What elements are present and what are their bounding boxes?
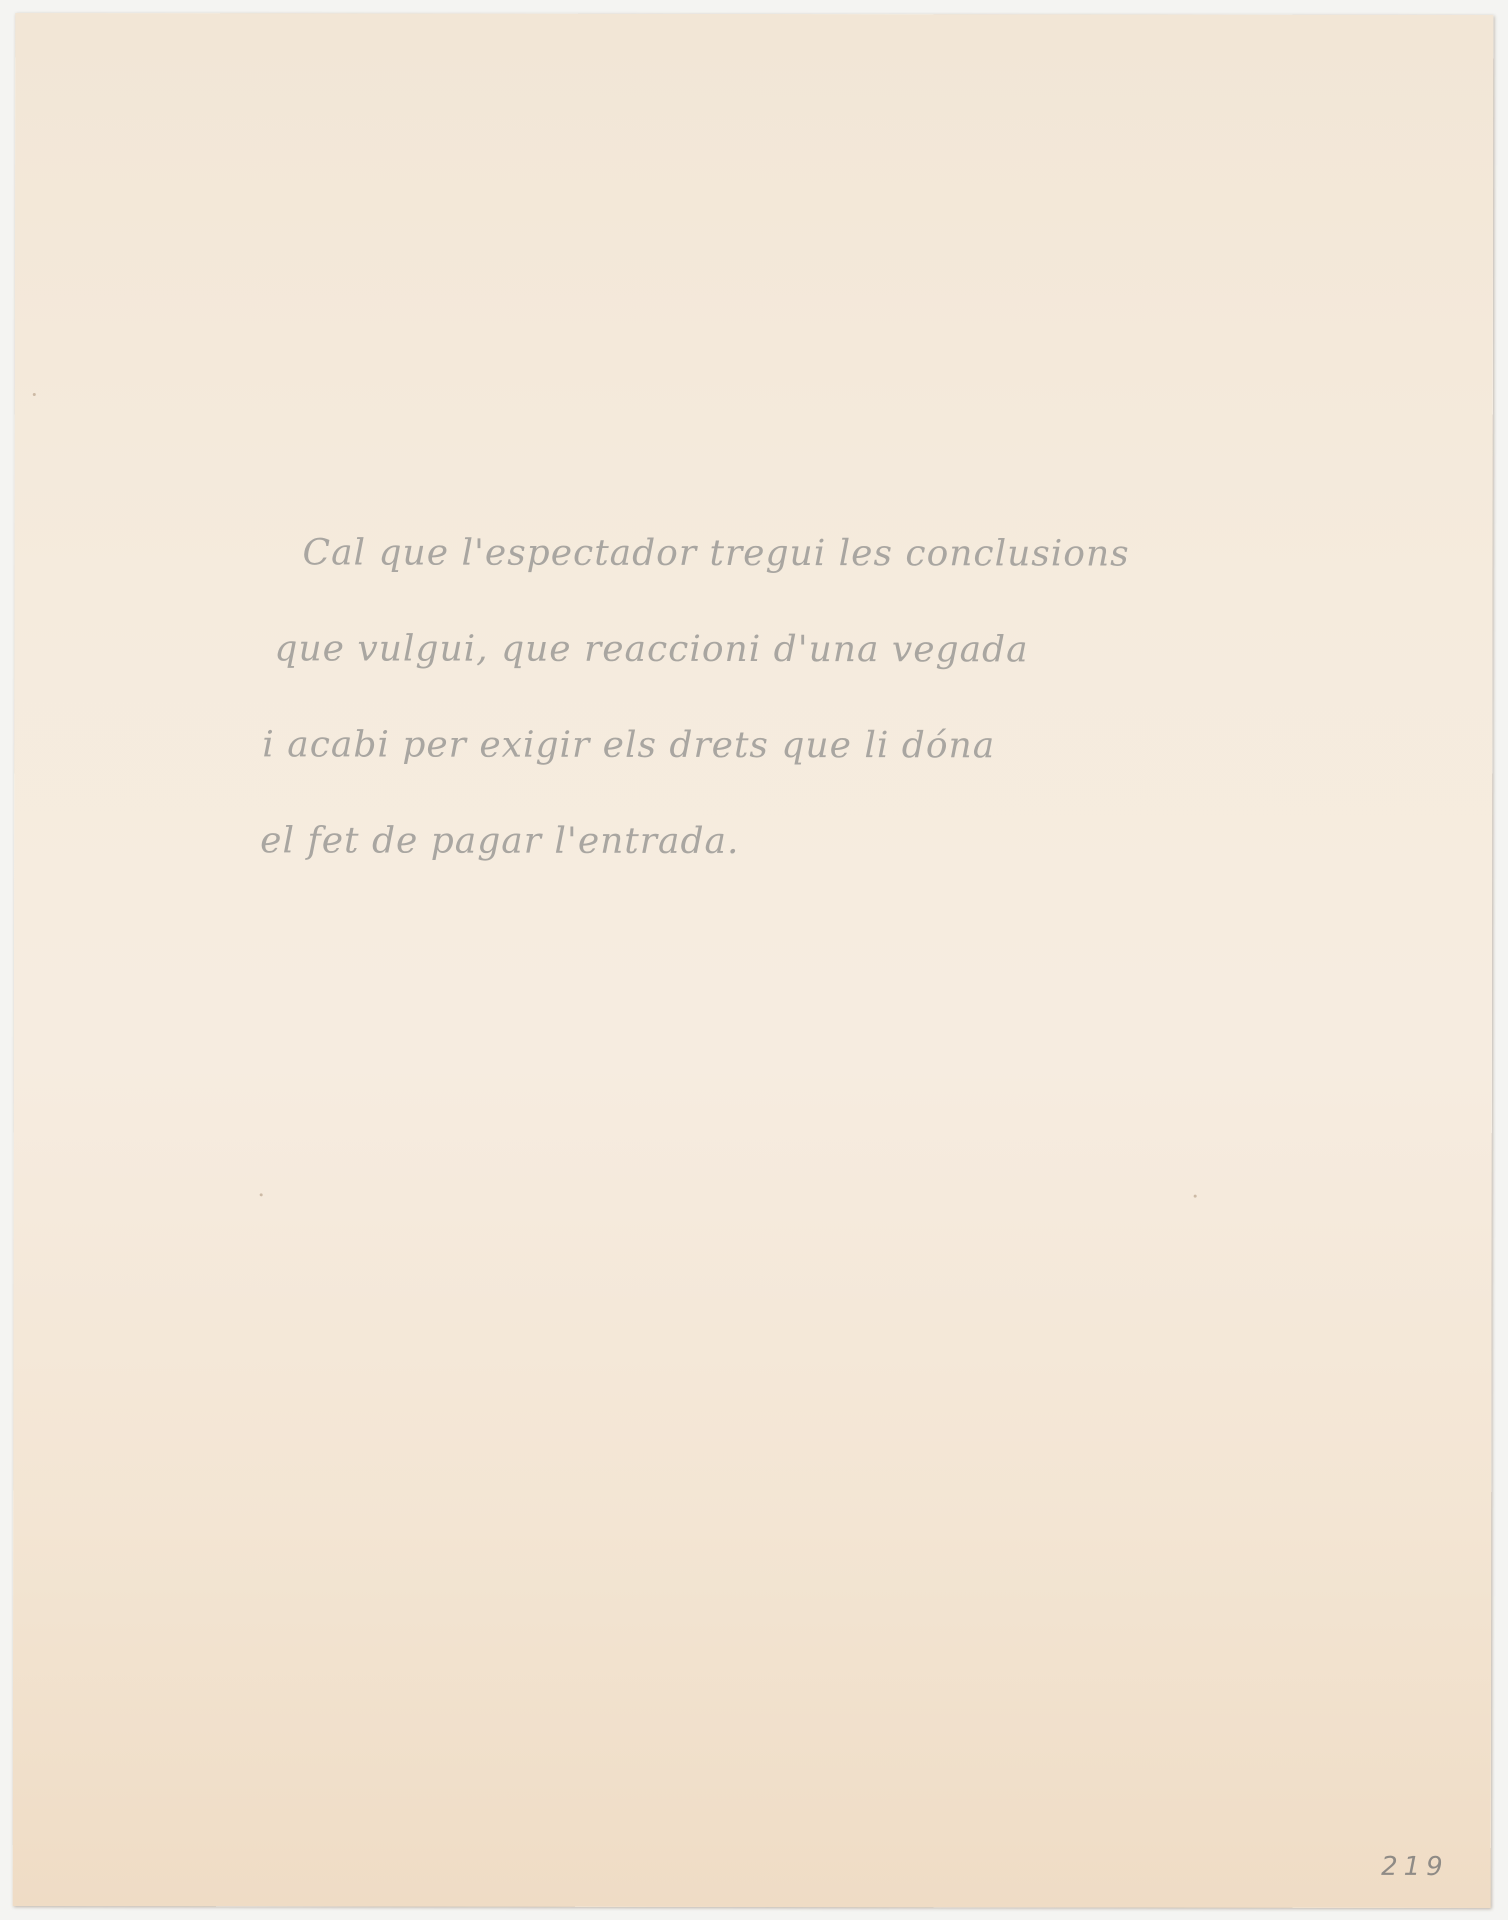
text-line: el fet de pagar l'entrada. <box>252 811 1172 908</box>
text-line: i acabi per exigir els drets que li dóna <box>252 715 1172 812</box>
text-line: que vulgui, que reaccioni d'una vegada <box>252 619 1172 716</box>
handwritten-text: Cal que l'espectador tregui les conclusi… <box>252 523 1173 908</box>
paper-speck <box>33 393 36 396</box>
text-line: Cal que l'espectador tregui les conclusi… <box>252 523 1172 620</box>
page-number: 219 <box>1381 1852 1449 1882</box>
paper-speck <box>260 1193 263 1196</box>
manuscript-page: Cal que l'espectador tregui les conclusi… <box>13 13 1494 1908</box>
paper-speck <box>1194 1195 1197 1198</box>
